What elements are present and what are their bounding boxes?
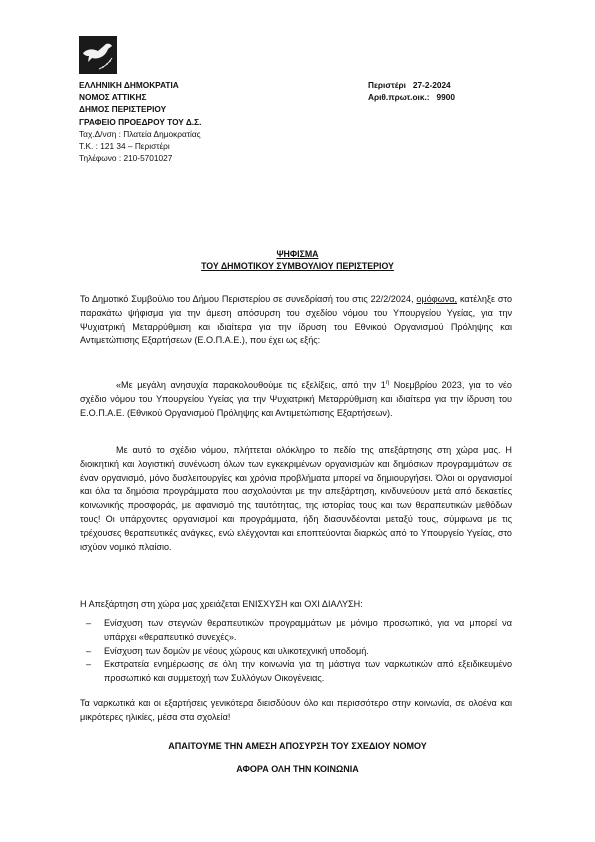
list-item: Ενίσχυση των στεγνών θεραπευτικών προγρα… (80, 617, 512, 645)
intro-text-1: Το Δημοτικό Συμβούλιο του Δήμου Περιστερ… (80, 294, 416, 304)
demand-withdrawal: ΑΠΑΙΤΟΥΜΕ ΤΗΝ ΑΜΕΣΗ ΑΠΟΣΥΡΣΗ ΤΟΥ ΣΧΕΔΙΟΥ… (0, 741, 595, 751)
list-item: Εκστρατεία ενημέρωσης σε όλη την κοινωνί… (80, 658, 512, 686)
needs-list: Ενίσχυση των στεγνών θεραπευτικών προγρα… (80, 617, 512, 686)
intro-paragraph: Το Δημοτικό Συμβούλιο του Δήμου Περιστερ… (80, 293, 512, 348)
header-phone: Τηλέφωνο : 210-5701027 (79, 152, 201, 164)
needs-list-block: Ενίσχυση των στεγνών θεραπευτικών προγρα… (80, 617, 512, 686)
quote-paragraph: «Με μεγάλη ανησυχία παρακολουθούμε τις ε… (80, 377, 512, 420)
header-prefecture: ΝΟΜΟΣ ΑΤΤΙΚΗΣ (79, 91, 201, 103)
header-municipality: ΔΗΜΟΣ ΠΕΡΙΣΤΕΡΙΟΥ (79, 103, 201, 115)
document-subtitle: ΤΟΥ ΔΗΜΟΤΙΚΟΥ ΣΥΜΒΟΥΛΙΟΥ ΠΕΡΙΣΤΕΡΙΟΥ (0, 261, 595, 271)
header-office: ΓΡΑΦΕΙΟ ΠΡΟΕΔΡΟΥ ΤΟΥ Δ.Σ. (79, 116, 201, 128)
sender-block: ΕΛΛΗΝΙΚΗ ΔΗΜΟΚΡΑΤΙΑ ΝΟΜΟΣ ΑΤΤΙΚΗΣ ΔΗΜΟΣ … (79, 79, 201, 164)
demand-society: ΑΦΟΡΑ ΟΛΗ ΤΗΝ ΚΟΙΝΩΝΙΑ (0, 764, 595, 774)
closing-paragraph: Τα ναρκωτικά και οι εξαρτήσεις γενικότερ… (80, 697, 512, 725)
header-postal-code: Τ.Κ. : 121 34 – Περιστέρι (79, 140, 201, 152)
header-country: ΕΛΛΗΝΙΚΗ ΔΗΜΟΚΡΑΤΙΑ (79, 79, 201, 91)
body-paragraph: Με αυτό το σχέδιο νόμου, πλήττεται ολόκλ… (80, 444, 512, 554)
protocol-number: Αριθ.πρωτ.οικ.: 9900 (368, 91, 455, 103)
header-address: Ταχ.Δ/νση : Πλατεία Δημοκρατίας (79, 128, 201, 140)
dove-emblem-icon (79, 36, 117, 74)
document-title: ΨΗΦΙΣΜΑ (0, 249, 595, 259)
date-protocol-block: Περιστέρι 27-2-2024 Αριθ.πρωτ.οικ.: 9900 (368, 79, 455, 103)
quote-text-1: «Με μεγάλη ανησυχία παρακολουθούμε τις ε… (116, 380, 386, 390)
place-date: Περιστέρι 27-2-2024 (368, 79, 455, 91)
list-item: Ενίσχυση των δομών με νέους χώρους και υ… (80, 645, 512, 659)
needs-heading: Η Απεξάρτηση στη χώρα μας χρειάζεται ΕΝΙ… (80, 598, 512, 612)
intro-unanimous: ομόφωνα, (416, 294, 457, 304)
